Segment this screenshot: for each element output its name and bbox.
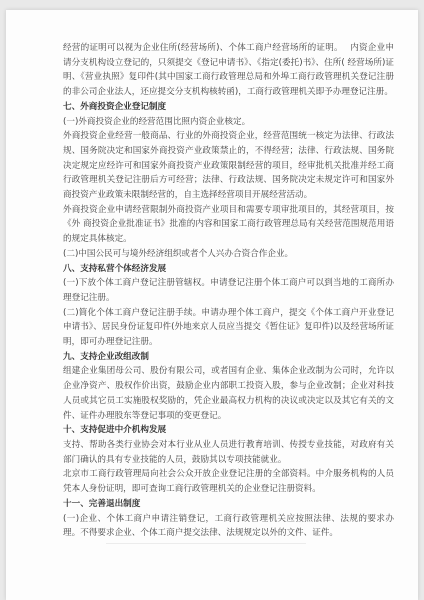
paragraph: (一)外商投资企业的经营范围比照内资企业核定。 [63, 115, 394, 130]
paragraph: 外商投资企业申请经营限制外商投资产业项目和需要专项审批项目的，其经营项目，按《外… [63, 203, 394, 247]
document-viewer: 经营的证明可以视为企业住所(经营场所)、个体工商户经营场所的证明。 内资企业申请… [0, 0, 424, 600]
paragraph: 经营的证明可以视为企业住所(经营场所)、个体工商户经营场所的证明。 内资企业申请… [63, 41, 394, 100]
paragraph: 支持、帮助各类行业协会对本行业从业人员进行教育培训、传授专业技能，对政府有关部门… [63, 438, 394, 467]
scan-artifact-line [106, 543, 306, 544]
section-heading: 十一、完善退出制度 [63, 497, 394, 512]
paragraph: (二)中国公民可与境外经济组织或者个人兴办合资合作企业。 [63, 247, 394, 262]
paragraph: (一)下放个体工商户登记注册管辖权。申请登记注册个体工商户可以到当地的工商所办理… [63, 276, 394, 305]
paragraph: (二)简化个体工商户登记注册手续。申请办理个体工商户，提交《个体工商户开业登记申… [63, 306, 394, 350]
document-content: 经营的证明可以视为企业住所(经营场所)、个体工商户经营场所的证明。 内资企业申请… [63, 41, 394, 541]
paragraph: (一)企业、个体工商户申请注销登记，工商行政管理机关应按照法律、法规的要求办理。… [63, 512, 394, 541]
section-heading: 十、支持促进中介机构发展 [63, 423, 394, 438]
section-heading: 七、外商投资企业登记制度 [63, 100, 394, 115]
paragraph: 北京市工商行政管理局向社会公众开放企业登记注册的全部资料。中介服务机构的人员凭本… [63, 467, 394, 496]
section-heading: 九、支持企业改组改制 [63, 350, 394, 365]
document-page: 经营的证明可以视为企业住所(经营场所)、个体工商户经营场所的证明。 内资企业申请… [6, 10, 418, 600]
section-heading: 八、支持私营个体经济发展 [63, 262, 394, 277]
paragraph: 外商投资企业经营一般商品、行业的外商投资企业，经营范围统一核定为法律、行政法规、… [63, 129, 394, 203]
paragraph: 组建企业集团母公司、股份有限公司，或者国有企业、集体企业改制为公司时，允许以企业… [63, 364, 394, 423]
